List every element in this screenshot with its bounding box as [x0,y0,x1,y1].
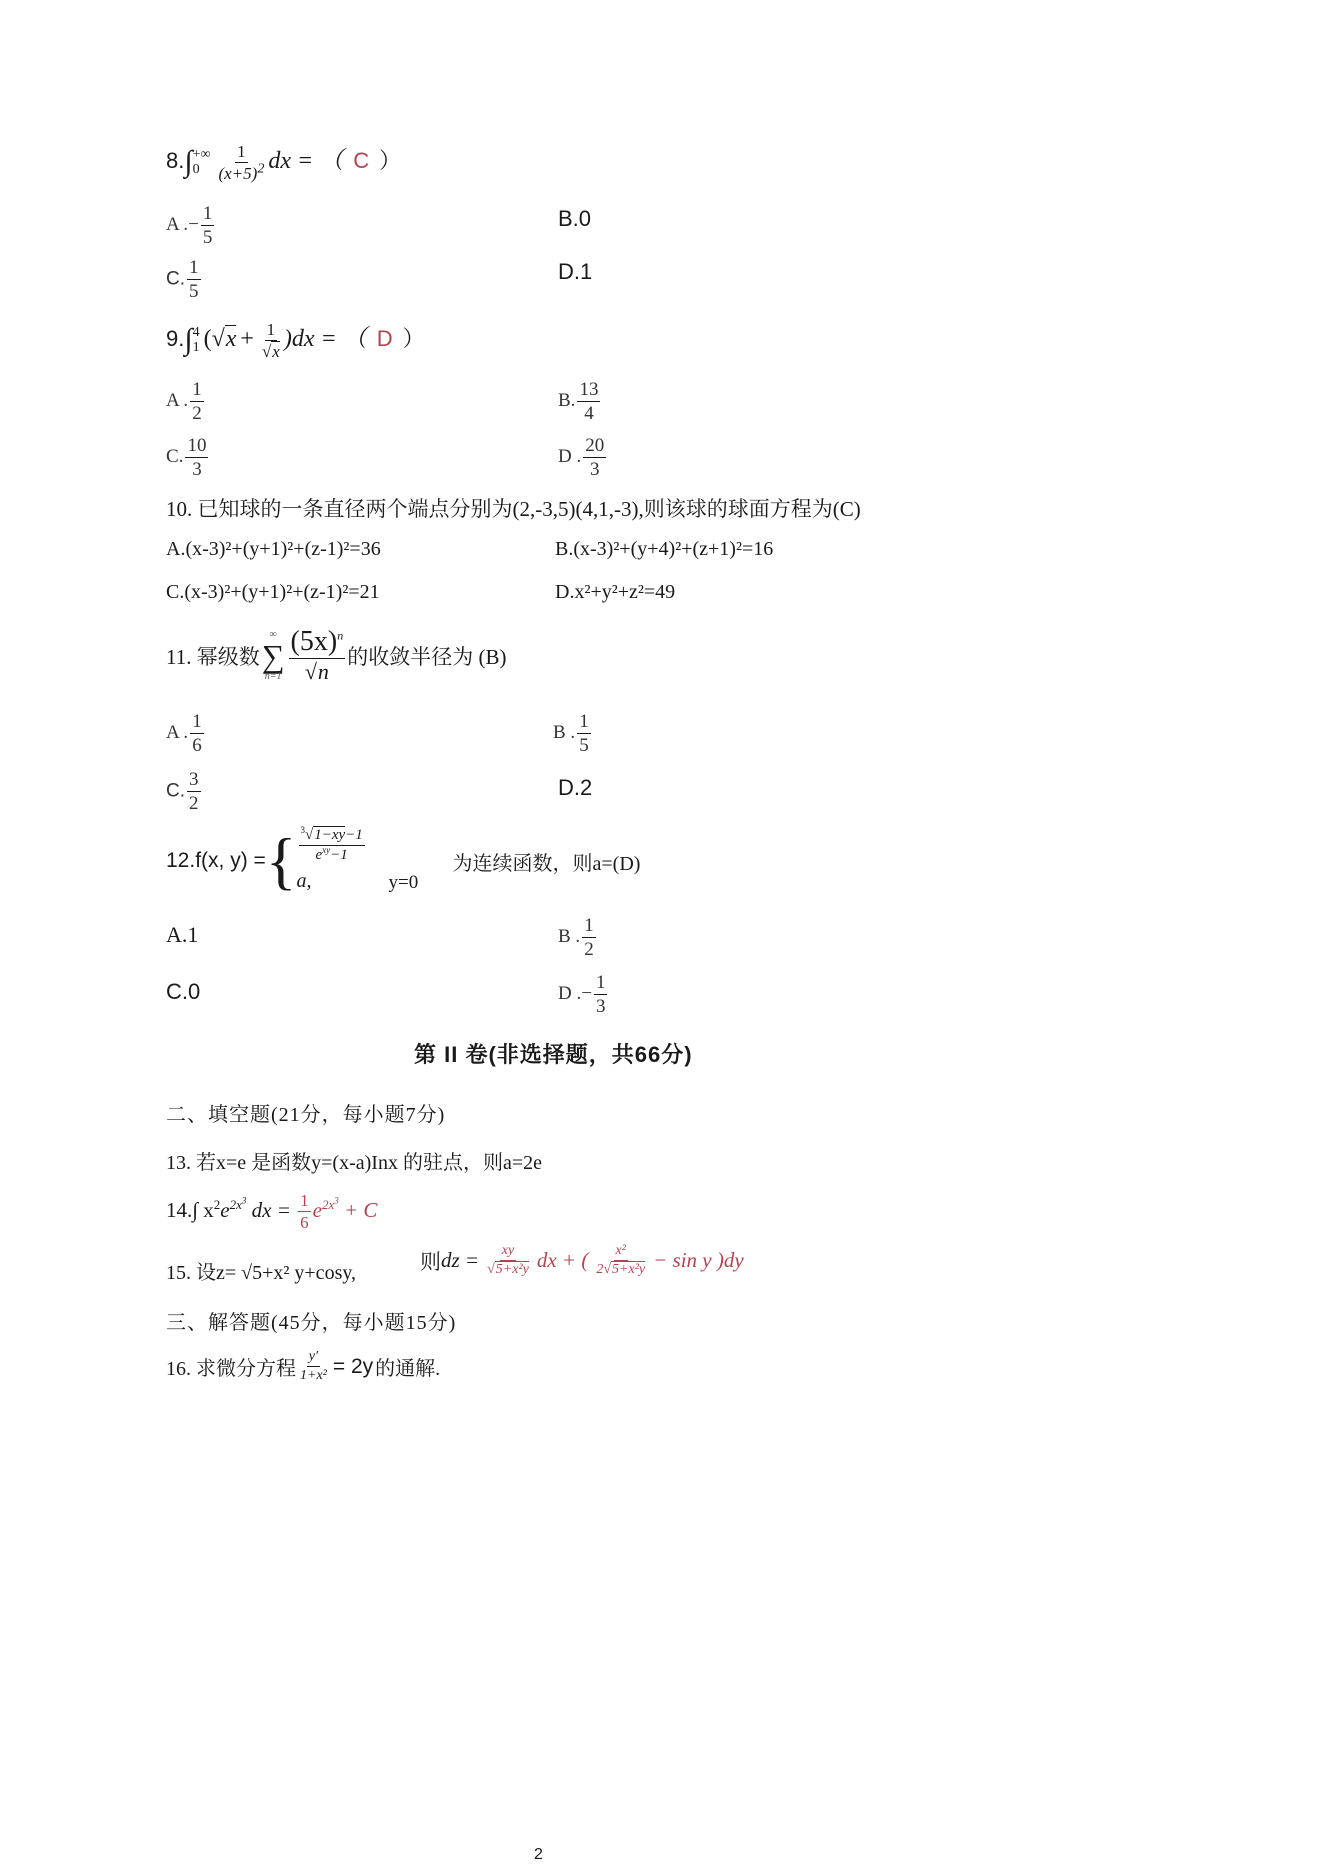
option-fraction: 203 [583,436,606,479]
option-label: A . [166,722,188,743]
numerator: (5x)n [289,628,346,659]
equation-rhs: = 2y [333,1355,373,1379]
case-2-condition: y=0 [389,872,419,894]
integral-limits: 41 [193,325,200,356]
denominator: 2 [187,792,201,813]
close-paren: ） [379,148,401,173]
fraction-1: xy√5+x²y [485,1244,531,1277]
q8-option-b: B.0 [558,206,591,232]
sigma-icon: ∑ [262,640,285,672]
numerator-tail: −1 [345,827,363,843]
numerator: 1 [201,204,215,226]
q8-option-d: D.1 [558,259,592,285]
option-fraction: 134 [577,380,600,423]
denominator: 6 [190,734,204,755]
question-12-stem: 12.f(x, y) = { 3√1−xy−1 exy−1 a, y=0 为连续… [166,828,640,894]
lower-limit: 1 [193,340,200,355]
q9-option-b: B.134 [558,380,602,423]
integrand-fraction: 1√x [260,321,282,360]
q12-option-c: C.0 [166,979,200,1005]
denominator: 5 [201,226,215,247]
option-label: D .− [558,983,592,1004]
radicand: x [225,325,237,352]
denominator: 3 [594,995,608,1016]
answer: C [343,148,379,173]
option-label: B. [558,390,575,411]
numerator: x² [614,1244,628,1261]
question-prefix: 11. 幂级数 [166,641,260,671]
question-8-stem: 8.∫+∞01(x+5)2dx = （C） [166,140,401,182]
numerator: 13 [577,380,600,402]
q11-option-c: C.32 [166,770,203,813]
question-16: 16. 求微分方程 y′1+x² = 2y 的通解. [166,1350,440,1383]
numerator: 1 [582,916,596,938]
option-label: B . [553,722,575,743]
answer: D [367,326,403,351]
page-number: 2 [534,1846,543,1864]
q9-option-d: D .203 [558,436,608,479]
root-index: 3 [301,825,306,835]
denominator-tail: −1 [330,847,348,863]
close-paren: ） [403,326,425,351]
differential: dx = [246,1198,296,1222]
option-fraction: 16 [190,712,204,755]
denominator: √x [260,341,282,360]
numerator-base: (5x) [291,626,338,657]
e-exp-base: 2x [230,1197,242,1212]
piecewise-cases: 3√1−xy−1 exy−1 a, y=0 [297,828,417,894]
integral-expression: 14.∫ x [166,1198,214,1222]
exponent: xy [322,845,330,855]
denominator: 3 [190,458,204,479]
question-suffix: 的收敛半径为 (B) [347,641,506,671]
question-prefix: 14.∫ x2 [166,1199,220,1222]
left-brace-icon: { [266,829,297,893]
denominator-exponent: 2 [257,160,264,176]
question-prefix: 16. 求微分方程 [166,1352,296,1381]
part-2-title: 第 II 卷(非选择题，共66分) [414,1038,693,1069]
radicand: 5+x²y [611,1261,645,1277]
option-fraction: 15 [187,258,201,301]
dz-label: dz = [441,1248,479,1273]
question-suffix: 为连续函数，则a=(D) [453,847,641,876]
numerator: 1 [235,143,248,163]
series-term-fraction: (5x)n √n [289,628,346,683]
numerator: 1 [265,321,278,341]
option-fraction: 32 [187,770,201,813]
option-fraction: 13 [594,973,608,1016]
question-suffix: 的通解. [375,1352,440,1381]
radicand: 5+x²y [495,1261,529,1277]
radicand: x [271,341,280,361]
numerator: y′ [307,1350,320,1367]
coefficient: 2 [596,1262,603,1277]
option-label: C. [166,446,183,467]
question-prefix: 12.f(x, y) = [166,849,266,873]
sqrt-x: √x [212,325,237,352]
q11-option-a: A .16 [166,712,206,755]
e-base: e [220,1198,229,1222]
denominator: (x+5)2 [216,163,266,182]
q12-option-d: D .−13 [558,973,609,1016]
e-exponent: 2x3 [230,1197,247,1212]
integral-sign-icon: ∫ [184,323,192,356]
option-label: C. [166,781,185,802]
denominator: √5+x²y [485,1261,531,1277]
lower-limit: 0 [193,162,211,177]
denominator: √n [303,659,331,683]
q12-option-a: A.1 [166,922,198,948]
q9-option-c: C.103 [166,436,210,479]
option-fraction: 15 [201,204,215,247]
question-15-answer: 则dz = xy√5+x²y dx + ( x²2√5+x²y − sin y … [420,1244,744,1277]
denominator: 2 [190,402,204,423]
denominator: 2√5+x²y [594,1261,647,1277]
question-number: 9. [166,326,184,351]
q11-option-b: B .15 [553,712,593,755]
case-1-fraction: 3√1−xy−1 exy−1 [299,828,365,863]
option-label: B . [558,926,580,947]
numerator-exponent: n [337,629,343,643]
numerator: 1 [577,712,591,734]
q10-option-a: A.(x-3)²+(y+1)²+(z-1)²=36 [166,538,381,561]
numerator: 1 [190,712,204,734]
q10-option-c: C.(x-3)²+(y+1)²+(z-1)²=21 [166,581,380,604]
numerator: 3√1−xy−1 [299,828,365,846]
q9-option-a: A .12 [166,380,206,423]
sum-lower: n=1 [265,672,282,682]
answer: xy√5+x²y dx + ( x²2√5+x²y − sin y )dy [483,1244,744,1277]
question-10-stem: 10. 已知球的一条直径两个端点分别为(2,-3,5)(4,1,-3),则该球的… [166,493,861,523]
then-label: 则 [420,1246,441,1276]
tail: − sin y )dy [653,1248,744,1273]
denominator: 3 [588,458,602,479]
radicand: n [317,658,329,684]
option-label: C. [166,269,185,290]
differential: dx = （ [268,148,343,174]
numerator: 1 [594,973,608,995]
question-15-stem: 15. 设z= √5+x² y+cosy, [166,1256,356,1285]
e-exp-base: 2x [322,1197,334,1212]
option-label: A . [166,390,188,411]
equation-fraction: y′1+x² [298,1350,329,1383]
q11-option-d: D.2 [558,775,592,801]
integrand-fraction: 1(x+5)2 [216,143,266,182]
numerator: 3 [187,770,201,792]
section-2-title: 二、填空题(21分，每小题7分) [166,1098,445,1127]
numerator: 1 [190,380,204,402]
q8-option-a: A .−15 [166,204,216,247]
denominator-base: (x+5) [218,164,257,183]
integral-sign-icon: ∫ [184,145,192,178]
summation: ∞ ∑ n=1 [262,630,285,682]
e-exponent: 2x3 [322,1197,339,1212]
radicand: 1−xy [313,826,345,843]
q12-option-b: B .12 [558,916,598,959]
q10-option-d: D.x²+y²+z²=49 [555,581,675,604]
option-label: D . [558,446,581,467]
option-fraction: 15 [577,712,591,755]
denominator: 2 [582,938,596,959]
q8-option-c: C.15 [166,258,203,301]
option-fraction: 103 [185,436,208,479]
question-14: 14.∫ x2e2x3 dx = 16e2x3 + C [166,1192,377,1231]
denominator: 1+x² [298,1367,329,1383]
integral-limits: +∞0 [193,147,211,178]
q10-option-b: B.(x-3)²+(y+4)²+(z+1)²=16 [555,538,773,561]
e-base: e [313,1198,322,1222]
numerator: 20 [583,436,606,458]
denominator: exy−1 [314,846,350,863]
plus: + [236,326,258,352]
rhs: = 2y [333,1355,373,1378]
denominator: 4 [582,402,596,423]
option-fraction: 12 [582,916,596,959]
numerator: xy [500,1244,516,1261]
denominator: 5 [577,734,591,755]
question-number: 8. [166,148,184,173]
section-3-title: 三、解答题(45分，每小题15分) [166,1306,456,1335]
upper-limit: +∞ [193,147,211,162]
denominator: 6 [298,1212,311,1231]
question-11-stem: 11. 幂级数 ∞ ∑ n=1 (5x)n √n 的收敛半径为 (B) [166,628,506,683]
question-9-stem: 9.∫41(√x+1√x)dx = （D） [166,318,425,360]
question-13: 13. 若x=e 是函数y=(x-a)Inx 的驻点，则a=2e [166,1146,542,1175]
fraction-2: x²2√5+x²y [594,1244,647,1277]
upper-limit: 4 [193,325,200,340]
numerator: 1 [187,258,201,280]
differential: )dx = （ [284,326,367,352]
denominator: 5 [187,280,201,301]
dx-plus: dx + ( [537,1248,589,1273]
option-label: A .− [166,214,199,235]
case-2-value: a, [297,870,312,893]
answer-fraction: 16 [298,1192,311,1231]
open-paren: ( [204,326,212,352]
constant: + C [339,1198,378,1222]
option-fraction: 12 [190,380,204,423]
answer: 16e2x3 + C [296,1199,377,1222]
numerator: 1 [298,1192,311,1212]
numerator: 10 [185,436,208,458]
